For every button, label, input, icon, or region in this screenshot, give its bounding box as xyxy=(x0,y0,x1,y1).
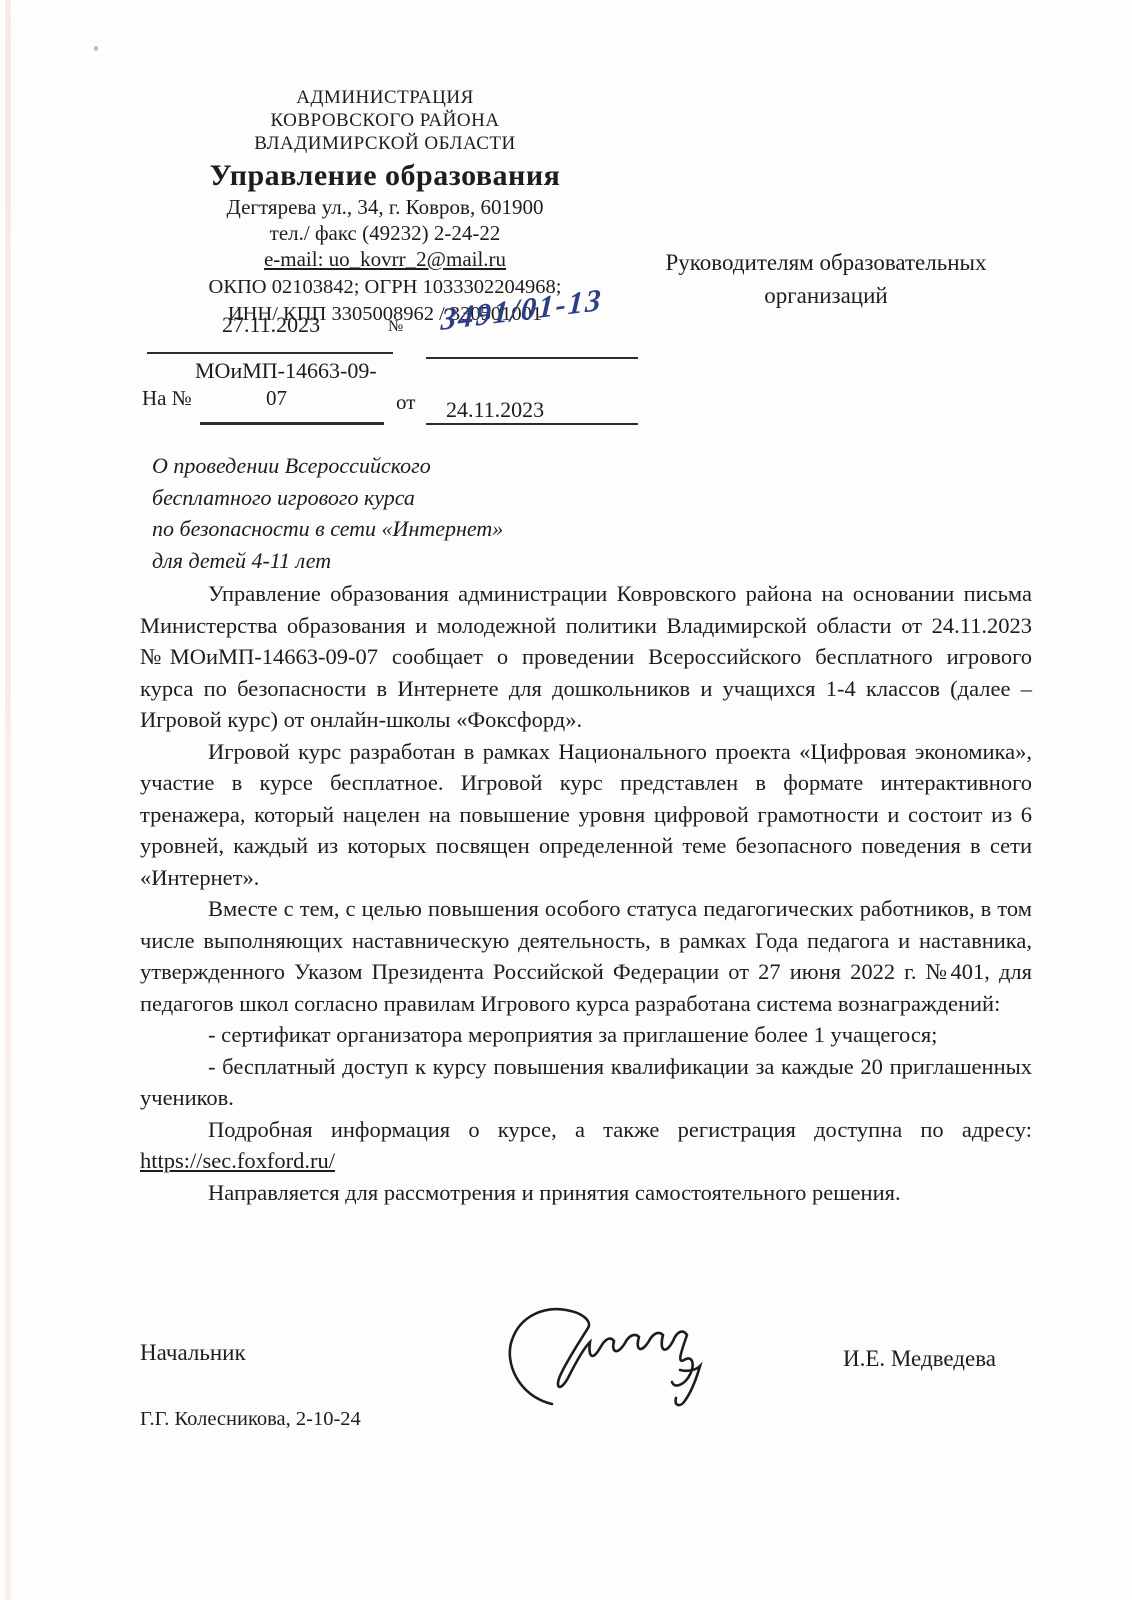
rule-under-date xyxy=(147,352,393,354)
ot-label: от xyxy=(396,390,415,415)
incoming-date: 24.11.2023 xyxy=(446,397,544,423)
addressee: Руководителям образовательных организаци… xyxy=(622,246,1030,312)
paragraph-course-description: Игровой курс разработан в рамках Национа… xyxy=(140,736,1032,894)
scanned-letter-page: АДМИНИСТРАЦИЯ КОВРОВСКОГО РАЙОНА ВЛАДИМИ… xyxy=(0,0,1132,1600)
registration-text: Подробная информация о курсе, а также ре… xyxy=(208,1117,1032,1142)
signer-position: Начальник xyxy=(140,1340,246,1366)
scan-edge-artifact xyxy=(5,0,11,1600)
rule-under-incoming-date xyxy=(426,423,638,425)
list-item-free-access: - бесплатный доступ к курсу повышения кв… xyxy=(140,1051,1032,1114)
handwritten-signature xyxy=(500,1300,730,1420)
signer-name: И.Е. Медведева xyxy=(843,1346,996,1372)
paragraph-registration: Подробная информация о курсе, а также ре… xyxy=(140,1114,1032,1177)
letter-body: Управление образования администрации Ков… xyxy=(140,578,1032,1208)
paragraph-intro: Управление образования администрации Ков… xyxy=(140,578,1032,736)
subject-line4: для детей 4-11 лет xyxy=(152,545,503,577)
letterhead-email: e-mail: uo_kovrr_2@mail.ru xyxy=(150,246,620,272)
org-name-line2: КОВРОВСКОГО РАЙОНА xyxy=(150,109,620,132)
reference-block: 27.11.2023 № 3491/01-13 МОиМП-14663-09- … xyxy=(140,300,710,440)
outgoing-date: 27.11.2023 xyxy=(222,312,320,338)
subject-line3: по безопасности в сети «Интернет» xyxy=(152,513,503,545)
executor-contact: Г.Г. Колесникова, 2-10-24 xyxy=(140,1408,361,1431)
paragraph-teacher-status: Вместе с тем, с целью повышения особого … xyxy=(140,893,1032,1019)
subject-line1: О проведении Всероссийского xyxy=(152,450,503,482)
list-item-certificate: - сертификат организатора мероприятия за… xyxy=(140,1019,1032,1051)
subject-line2: бесплатного игрового курса xyxy=(152,482,503,514)
na-no-label: На № xyxy=(142,386,192,411)
rule-under-incoming-number xyxy=(200,422,384,425)
rule-under-number xyxy=(426,357,638,359)
incoming-number-line2: 07 xyxy=(266,386,287,411)
department-name: Управление образования xyxy=(150,158,620,194)
course-registration-link[interactable]: https://sec.foxford.ru/ xyxy=(140,1148,335,1173)
org-name-line3: ВЛАДИМИРСКОЙ ОБЛАСТИ xyxy=(150,132,620,155)
number-sign: № xyxy=(388,318,403,336)
paragraph-closing: Направляется для рассмотрения и принятия… xyxy=(140,1177,1032,1209)
scan-speck-artifact xyxy=(94,46,98,51)
letterhead-phone: тел./ факс (49232) 2-24-22 xyxy=(150,220,620,246)
org-name-line1: АДМИНИСТРАЦИЯ xyxy=(150,86,620,109)
subject-block: О проведении Всероссийского бесплатного … xyxy=(152,450,503,576)
letterhead-address: Дегтярева ул., 34, г. Ковров, 601900 xyxy=(150,194,620,220)
incoming-number-line1: МОиМП-14663-09- xyxy=(195,358,377,384)
